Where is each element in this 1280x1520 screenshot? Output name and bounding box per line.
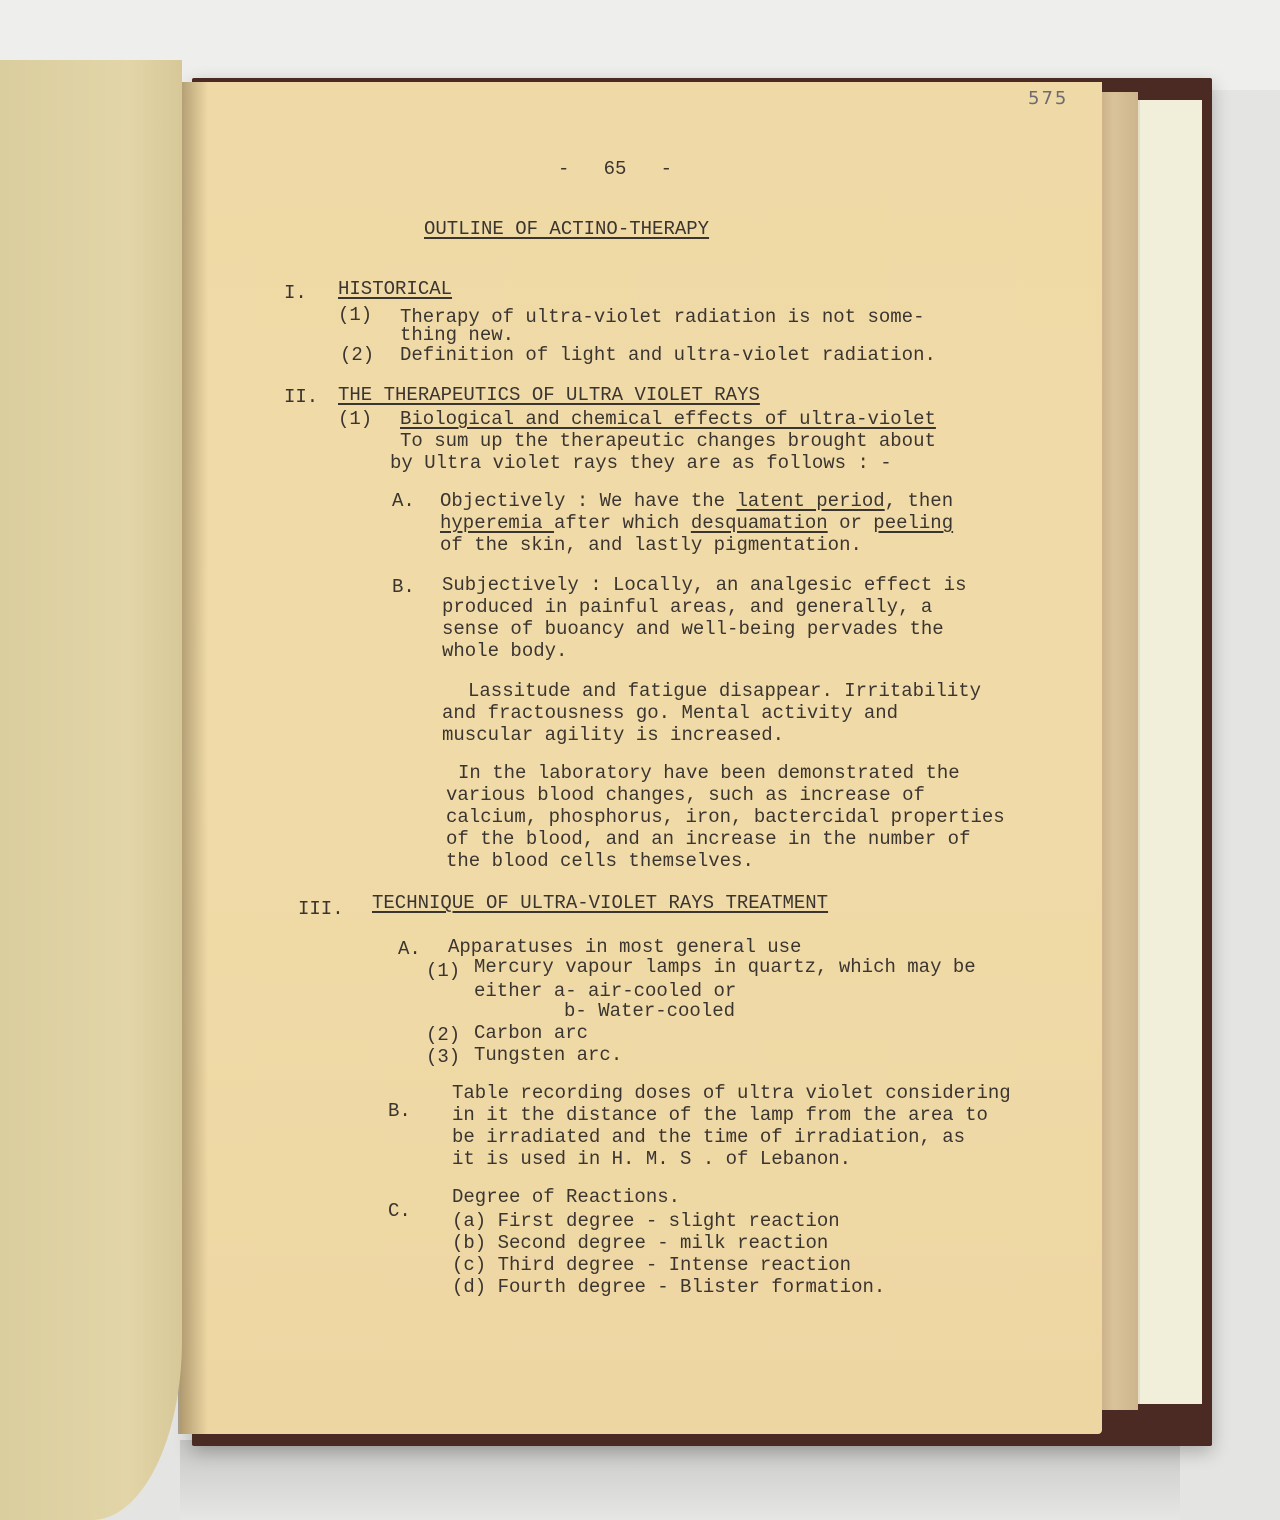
- intro-line: by Ultra violet rays they are as follows…: [390, 452, 892, 474]
- section-heading: TECHNIQUE OF ULTRA-VIOLET RAYS TREATMENT: [372, 892, 828, 914]
- paragraph-line: Lassitude and fatigue disappear. Irritab…: [468, 680, 981, 702]
- paragraph-line: various blood changes, such as increase …: [446, 784, 925, 806]
- item-line: Mercury vapour lamps in quartz, which ma…: [474, 956, 976, 978]
- item-marker: (b): [452, 1232, 486, 1254]
- underlined-term: hyperemia: [440, 512, 554, 534]
- text: , then: [885, 490, 953, 512]
- point-marker: A.: [392, 490, 415, 512]
- point-line: whole body.: [442, 640, 567, 662]
- item-marker: (2): [340, 344, 374, 366]
- point-marker: C.: [388, 1200, 411, 1222]
- page-title: OUTLINE OF ACTINO-THERAPY: [424, 218, 709, 240]
- book-shadow: [180, 1440, 1180, 1520]
- reaction-row: (c) Third degree - Intense reaction: [452, 1254, 851, 1276]
- point-title: Degree of Reactions.: [452, 1186, 680, 1208]
- reaction-row: (d) Fourth degree - Blister formation.: [452, 1276, 885, 1298]
- endpaper: [1138, 100, 1202, 1404]
- section-heading: HISTORICAL: [338, 278, 452, 300]
- point-marker: B.: [392, 576, 415, 598]
- background: [0, 0, 1280, 90]
- subheading: Biological and chemical effects of ultra…: [400, 408, 936, 430]
- item-marker: (1): [338, 304, 372, 326]
- point-line: Objectively : We have the latent period,…: [440, 490, 953, 512]
- page-edges: [1098, 92, 1138, 1410]
- underlined-term: peeling: [873, 512, 953, 534]
- section-numeral: III.: [298, 898, 344, 920]
- item-text: First degree - slight reaction: [498, 1210, 840, 1232]
- text: or: [828, 512, 874, 534]
- point-line: hyperemia after which desquamation or pe…: [440, 512, 953, 534]
- item-marker: (d): [452, 1276, 486, 1298]
- item-line: thing new.: [400, 324, 514, 346]
- intro-line: To sum up the therapeutic changes brough…: [400, 430, 936, 452]
- paragraph-line: calcium, phosphorus, iron, bactercidal p…: [446, 806, 1005, 828]
- point-line: sense of buoancy and well-being pervades…: [442, 618, 944, 640]
- curled-left-leaf: [0, 60, 182, 1520]
- reaction-row: (a) First degree - slight reaction: [452, 1210, 840, 1232]
- point-line: it is used in H. M. S . of Lebanon.: [452, 1148, 851, 1170]
- point-line: in it the distance of the lamp from the …: [452, 1104, 988, 1126]
- gutter-shadow: [178, 82, 208, 1434]
- underlined-term: desquamation: [691, 512, 828, 534]
- item-line: Carbon arc: [474, 1022, 588, 1044]
- paragraph-line: and fractousness go. Mental activity and: [442, 702, 898, 724]
- paragraph-line: the blood cells themselves.: [446, 850, 754, 872]
- item-text: Third degree - Intense reaction: [498, 1254, 851, 1276]
- point-line: Subjectively : Locally, an analgesic eff…: [442, 574, 967, 596]
- section-numeral: I.: [284, 282, 307, 304]
- paragraph-line: of the blood, and an increase in the num…: [446, 828, 971, 850]
- item-line: either a- air-cooled or: [474, 980, 736, 1002]
- page-number: - 65 -: [558, 158, 672, 180]
- item-line: Definition of light and ultra-violet rad…: [400, 344, 936, 366]
- item-marker: (3): [426, 1046, 460, 1068]
- point-marker: B.: [388, 1100, 411, 1122]
- reaction-row: (b) Second degree - milk reaction: [452, 1232, 828, 1254]
- item-text: Second degree - milk reaction: [498, 1232, 829, 1254]
- item-marker: (1): [426, 960, 460, 982]
- point-line: of the skin, and lastly pigmentation.: [440, 534, 862, 556]
- item-marker: (1): [338, 408, 372, 430]
- item-line: b- Water-cooled: [564, 1000, 735, 1022]
- item-marker: (c): [452, 1254, 486, 1276]
- point-title: Apparatuses in most general use: [448, 936, 801, 958]
- item-marker: (2): [426, 1024, 460, 1046]
- point-line: be irradiated and the time of irradiatio…: [452, 1126, 965, 1148]
- item-text: Fourth degree - Blister formation.: [498, 1276, 886, 1298]
- section-heading: THE THERAPEUTICS OF ULTRA VIOLET RAYS: [338, 384, 760, 406]
- point-line: produced in painful areas, and generally…: [442, 596, 932, 618]
- item-marker: (a): [452, 1210, 486, 1232]
- point-marker: A.: [398, 938, 421, 960]
- section-numeral: II.: [284, 386, 318, 408]
- paragraph-line: muscular agility is increased.: [442, 724, 784, 746]
- point-line: Table recording doses of ultra violet co…: [452, 1082, 1011, 1104]
- item-line: Tungsten arc.: [474, 1044, 622, 1066]
- text: after which: [554, 512, 691, 534]
- paragraph-line: In the laboratory have been demonstrated…: [458, 762, 960, 784]
- underlined-term: latent period: [736, 490, 884, 512]
- handwritten-folio: 575: [1028, 88, 1068, 109]
- text: Objectively : We have the: [440, 490, 736, 512]
